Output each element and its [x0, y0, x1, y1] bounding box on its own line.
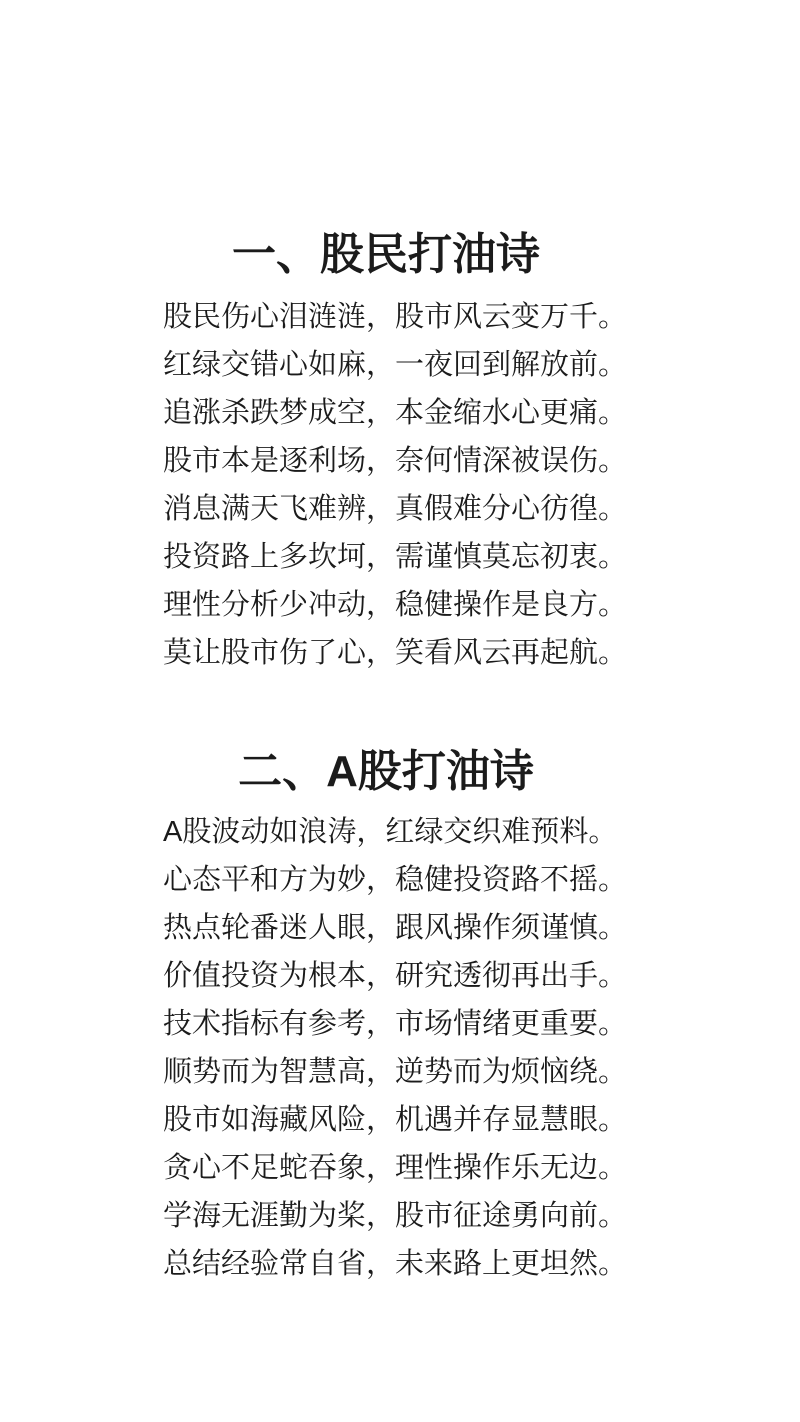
poem-2-line-5: 技术指标有参考，市场情绪更重要。 — [163, 1000, 609, 1048]
poem-1-line-4: 股市本是逐利场，奈何情深被误伤。 — [163, 437, 609, 485]
section-1-title: 一、股民打油诗 — [163, 227, 609, 283]
document-page: 一、股民打油诗 股民伤心泪涟涟，股市风云变万千。 红绿交错心如麻，一夜回到解放前… — [0, 0, 800, 1422]
poem-2-line-4: 价值投资为根本，研究透彻再出手。 — [163, 952, 609, 1000]
poem-section-1: 一、股民打油诗 股民伤心泪涟涟，股市风云变万千。 红绿交错心如麻，一夜回到解放前… — [163, 227, 609, 677]
poem-2-line-7: 股市如海藏风险，机遇并存显慧眼。 — [163, 1096, 609, 1144]
poem-1-line-6: 投资路上多坎坷，需谨慎莫忘初衷。 — [163, 533, 609, 581]
poem-1-line-3: 追涨杀跌梦成空，本金缩水心更痛。 — [163, 389, 609, 437]
poem-2-line-3: 热点轮番迷人眼，跟风操作须谨慎。 — [163, 904, 609, 952]
poem-2-body: A股波动如浪涛，红绿交织难预料。 心态平和方为妙，稳健投资路不摇。 热点轮番迷人… — [163, 808, 609, 1288]
poem-1-line-5: 消息满天飞难辨，真假难分心彷徨。 — [163, 485, 609, 533]
section-2-title: 二、A股打油诗 — [163, 744, 609, 800]
poem-2-line-8: 贪心不足蛇吞象，理性操作乐无边。 — [163, 1144, 609, 1192]
poem-1-line-8: 莫让股市伤了心，笑看风云再起航。 — [163, 629, 609, 677]
poem-1-line-2: 红绿交错心如麻，一夜回到解放前。 — [163, 341, 609, 389]
poem-1-line-7: 理性分析少冲动，稳健操作是良方。 — [163, 581, 609, 629]
poem-2-line-6: 顺势而为智慧高，逆势而为烦恼绕。 — [163, 1048, 609, 1096]
poem-2-line-2: 心态平和方为妙，稳健投资路不摇。 — [163, 856, 609, 904]
poem-1-body: 股民伤心泪涟涟，股市风云变万千。 红绿交错心如麻，一夜回到解放前。 追涨杀跌梦成… — [163, 293, 609, 677]
poem-2-line-10: 总结经验常自省，未来路上更坦然。 — [163, 1240, 609, 1288]
poem-section-2: 二、A股打油诗 A股波动如浪涛，红绿交织难预料。 心态平和方为妙，稳健投资路不摇… — [163, 744, 609, 1288]
poem-2-line-9: 学海无涯勤为桨，股市征途勇向前。 — [163, 1192, 609, 1240]
poem-1-line-1: 股民伤心泪涟涟，股市风云变万千。 — [163, 293, 609, 341]
poem-2-line-1: A股波动如浪涛，红绿交织难预料。 — [163, 808, 609, 856]
